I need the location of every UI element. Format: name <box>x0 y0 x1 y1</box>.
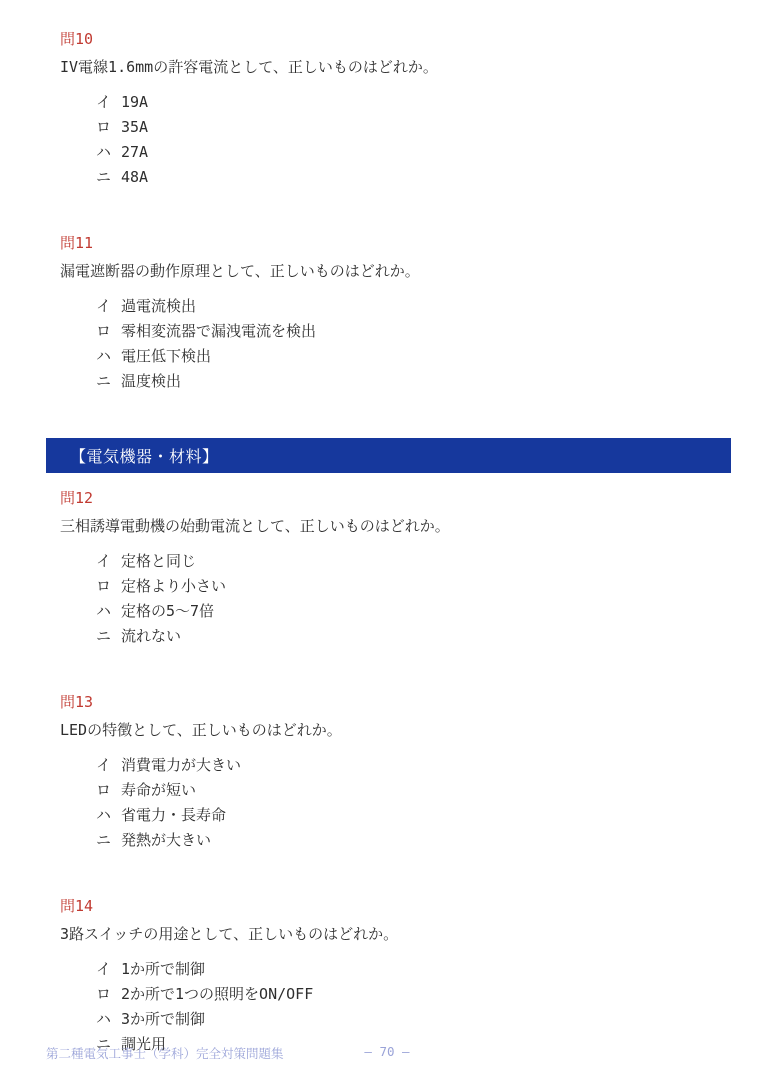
document-page: 問10 IV電線1.6mmの許容電流として、正しいものはどれか。 イ 19A ロ… <box>0 0 774 1080</box>
answer-option: ハ 電圧低下検出 <box>96 344 734 369</box>
option-text: 19A <box>121 90 734 115</box>
question-block-10: 問10 IV電線1.6mmの許容電流として、正しいものはどれか。 イ 19A ロ… <box>60 30 734 190</box>
option-marker: ニ <box>96 828 121 853</box>
option-marker: ロ <box>96 319 121 344</box>
question-block-14: 問14 3路スイッチの用途として、正しいものはどれか。 イ 1か所で制御 ロ 2… <box>60 897 734 1057</box>
option-text: 零相変流器で漏洩電流を検出 <box>121 319 734 344</box>
option-text: 3か所で制御 <box>121 1007 734 1032</box>
option-text: 1か所で制御 <box>121 957 734 982</box>
question-label: 問14 <box>60 897 734 915</box>
option-text: 寿命が短い <box>121 778 734 803</box>
option-text: 電圧低下検出 <box>121 344 734 369</box>
answer-option: イ 定格と同じ <box>96 549 734 574</box>
page-content: 問10 IV電線1.6mmの許容電流として、正しいものはどれか。 イ 19A ロ… <box>0 0 774 1057</box>
option-text: 発熱が大きい <box>121 828 734 853</box>
option-text: 定格の5〜7倍 <box>121 599 734 624</box>
options-list: イ 過電流検出 ロ 零相変流器で漏洩電流を検出 ハ 電圧低下検出 ニ 温度検出 <box>96 294 734 394</box>
options-list: イ 1か所で制御 ロ 2か所で1つの照明をON/OFF ハ 3か所で制御 ニ 調… <box>96 957 734 1057</box>
footer-page-number: — 70 — <box>364 1044 409 1059</box>
question-text: 3路スイッチの用途として、正しいものはどれか。 <box>60 924 734 944</box>
option-text: 省電力・長寿命 <box>121 803 734 828</box>
option-text: 35A <box>121 115 734 140</box>
question-label: 問12 <box>60 489 734 507</box>
option-marker: ニ <box>96 369 121 394</box>
question-label: 問13 <box>60 693 734 711</box>
option-text: 48A <box>121 165 734 190</box>
question-text: 三相誘導電動機の始動電流として、正しいものはどれか。 <box>60 516 734 536</box>
question-text: LEDの特徴として、正しいものはどれか。 <box>60 720 734 740</box>
option-marker: ロ <box>96 778 121 803</box>
page-footer: 第二種電気工事士（学科）完全対策問題集 — 70 — <box>0 1044 774 1060</box>
option-marker: ハ <box>96 803 121 828</box>
section-header-band: 【電気機器・材料】 <box>46 438 731 473</box>
option-text: 過電流検出 <box>121 294 734 319</box>
option-marker: イ <box>96 90 121 115</box>
question-text: IV電線1.6mmの許容電流として、正しいものはどれか。 <box>60 57 734 77</box>
option-marker: イ <box>96 549 121 574</box>
option-marker: イ <box>96 957 121 982</box>
option-text: 消費電力が大きい <box>121 753 734 778</box>
option-text: 定格より小さい <box>121 574 734 599</box>
answer-option: ハ 定格の5〜7倍 <box>96 599 734 624</box>
answer-option: ハ 27A <box>96 140 734 165</box>
option-marker: ハ <box>96 599 121 624</box>
option-text: 流れない <box>121 624 734 649</box>
options-list: イ 定格と同じ ロ 定格より小さい ハ 定格の5〜7倍 ニ 流れない <box>96 549 734 649</box>
question-label: 問10 <box>60 30 734 48</box>
answer-option: ニ 48A <box>96 165 734 190</box>
question-block-12: 問12 三相誘導電動機の始動電流として、正しいものはどれか。 イ 定格と同じ ロ… <box>60 489 734 649</box>
answer-option: ニ 温度検出 <box>96 369 734 394</box>
section-title: 【電気機器・材料】 <box>70 444 219 467</box>
question-block-11: 問11 漏電遮断器の動作原理として、正しいものはどれか。 イ 過電流検出 ロ 零… <box>60 234 734 394</box>
answer-option: イ 消費電力が大きい <box>96 753 734 778</box>
option-marker: ロ <box>96 115 121 140</box>
answer-option: ハ 3か所で制御 <box>96 1007 734 1032</box>
option-marker: ロ <box>96 982 121 1007</box>
question-text: 漏電遮断器の動作原理として、正しいものはどれか。 <box>60 261 734 281</box>
option-marker: ロ <box>96 574 121 599</box>
question-block-13: 問13 LEDの特徴として、正しいものはどれか。 イ 消費電力が大きい ロ 寿命… <box>60 693 734 853</box>
answer-option: ニ 発熱が大きい <box>96 828 734 853</box>
option-text: 2か所で1つの照明をON/OFF <box>121 982 734 1007</box>
options-list: イ 19A ロ 35A ハ 27A ニ 48A <box>96 90 734 190</box>
options-list: イ 消費電力が大きい ロ 寿命が短い ハ 省電力・長寿命 ニ 発熱が大きい <box>96 753 734 853</box>
option-text: 27A <box>121 140 734 165</box>
answer-option: ロ 2か所で1つの照明をON/OFF <box>96 982 734 1007</box>
answer-option: ロ 35A <box>96 115 734 140</box>
option-marker: イ <box>96 753 121 778</box>
answer-option: ハ 省電力・長寿命 <box>96 803 734 828</box>
option-marker: ニ <box>96 624 121 649</box>
option-marker: ハ <box>96 344 121 369</box>
option-marker: ハ <box>96 140 121 165</box>
answer-option: イ 1か所で制御 <box>96 957 734 982</box>
answer-option: ニ 流れない <box>96 624 734 649</box>
answer-option: ロ 寿命が短い <box>96 778 734 803</box>
option-text: 温度検出 <box>121 369 734 394</box>
option-text: 定格と同じ <box>121 549 734 574</box>
option-marker: ハ <box>96 1007 121 1032</box>
option-marker: イ <box>96 294 121 319</box>
answer-option: イ 19A <box>96 90 734 115</box>
answer-option: ロ 定格より小さい <box>96 574 734 599</box>
option-marker: ニ <box>96 165 121 190</box>
footer-booklet-title: 第二種電気工事士（学科）完全対策問題集 <box>46 1044 284 1062</box>
answer-option: イ 過電流検出 <box>96 294 734 319</box>
answer-option: ロ 零相変流器で漏洩電流を検出 <box>96 319 734 344</box>
question-label: 問11 <box>60 234 734 252</box>
